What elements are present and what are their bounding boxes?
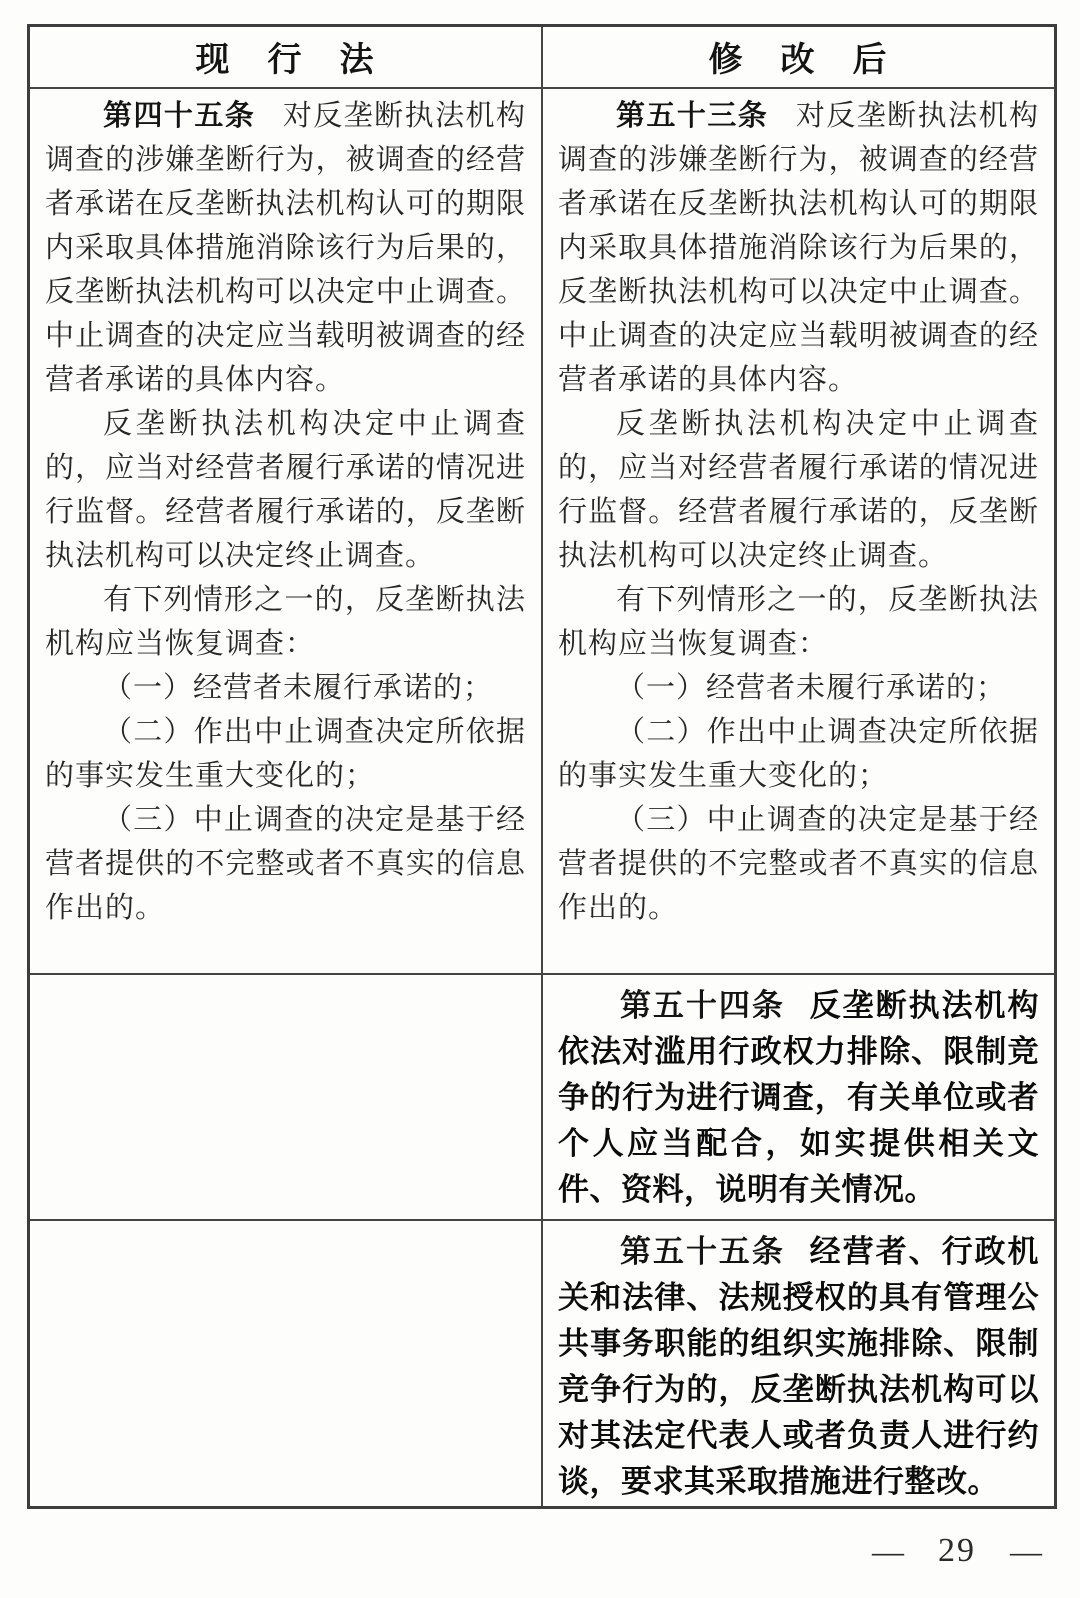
table-row-article-55: 第五十五条经营者、行政机关和法律、法规授权的具有管理公共事务职能的组织实施排除、… xyxy=(29,1220,1056,1508)
cell-current-law-article-45: 第四十五条对反垄断执法机构调查的涉嫌垄断行为，被调查的经营者承诺在反垄断执法机构… xyxy=(29,88,543,974)
law-paragraph: 第四十五条对反垄断执法机构调查的涉嫌垄断行为，被调查的经营者承诺在反垄断执法机构… xyxy=(45,94,526,402)
law-list-item: （三）中止调查的决定是基于经营者提供的不完整或者不真实的信息作出的。 xyxy=(558,798,1039,930)
law-paragraph: 第五十三条对反垄断执法机构调查的涉嫌垄断行为，被调查的经营者承诺在反垄断执法机构… xyxy=(558,94,1039,402)
paragraph-text: 对反垄断执法机构调查的涉嫌垄断行为，被调查的经营者承诺在反垄断执法机构认可的期限… xyxy=(45,100,526,396)
law-paragraph: 有下列情形之一的，反垄断执法机构应当恢复调查： xyxy=(558,578,1039,666)
cell-amended-article-54: 第五十四条反垄断执法机构依法对滥用行政权力排除、限制竞争的行为进行调查，有关单位… xyxy=(542,974,1056,1220)
law-paragraph: 第五十四条反垄断执法机构依法对滥用行政权力排除、限制竞争的行为进行调查，有关单位… xyxy=(558,983,1039,1213)
law-paragraph: 反垄断执法机构决定中止调查的，应当对经营者履行承诺的情况进行监督。经营者履行承诺… xyxy=(45,402,526,578)
cell-amended-article-55: 第五十五条经营者、行政机关和法律、法规授权的具有管理公共事务职能的组织实施排除、… xyxy=(542,1220,1056,1508)
page-number-dash-right: — xyxy=(1010,1533,1042,1570)
cell-amended-article-53: 第五十三条对反垄断执法机构调查的涉嫌垄断行为，被调查的经营者承诺在反垄断执法机构… xyxy=(542,88,1056,974)
law-list-item: （一）经营者未履行承诺的； xyxy=(558,666,1039,710)
article-number-53: 第五十三条 xyxy=(616,100,768,132)
document-page: 现 行 法 修 改 后 第四十五条对反垄断执法机构调查的涉嫌垄断行为，被调查的经… xyxy=(0,0,1080,1598)
law-list-item: （一）经营者未履行承诺的； xyxy=(45,666,526,710)
comparison-table: 现 行 法 修 改 后 第四十五条对反垄断执法机构调查的涉嫌垄断行为，被调查的经… xyxy=(27,24,1057,1509)
law-list-item: （二）作出中止调查决定所依据的事实发生重大变化的； xyxy=(45,710,526,798)
column-header-current-law: 现 行 法 xyxy=(29,26,543,88)
table-row-article-45-53: 第四十五条对反垄断执法机构调查的涉嫌垄断行为，被调查的经营者承诺在反垄断执法机构… xyxy=(29,88,1056,974)
page-number: — 29 — xyxy=(872,1532,1042,1570)
cell-current-law-empty-2 xyxy=(29,1220,543,1508)
article-number-54: 第五十四条 xyxy=(620,988,785,1023)
paragraph-text: 对反垄断执法机构调查的涉嫌垄断行为，被调查的经营者承诺在反垄断执法机构认可的期限… xyxy=(558,100,1039,396)
article-number-45: 第四十五条 xyxy=(103,100,255,132)
law-list-item: （三）中止调查的决定是基于经营者提供的不完整或者不真实的信息作出的。 xyxy=(45,798,526,930)
law-paragraph: 第五十五条经营者、行政机关和法律、法规授权的具有管理公共事务职能的组织实施排除、… xyxy=(558,1229,1039,1505)
column-header-amended: 修 改 后 xyxy=(542,26,1056,88)
page-number-value: 29 xyxy=(938,1532,976,1570)
law-paragraph: 反垄断执法机构决定中止调查的，应当对经营者履行承诺的情况进行监督。经营者履行承诺… xyxy=(558,402,1039,578)
cell-current-law-empty-1 xyxy=(29,974,543,1220)
header-row: 现 行 法 修 改 后 xyxy=(29,26,1056,88)
law-list-item: （二）作出中止调查决定所依据的事实发生重大变化的； xyxy=(558,710,1039,798)
page-number-dash-left: — xyxy=(872,1533,904,1570)
article-number-55: 第五十五条 xyxy=(620,1234,785,1269)
paragraph-text: 经营者、行政机关和法律、法规授权的具有管理公共事务职能的组织实施排除、限制竞争行… xyxy=(558,1234,1039,1499)
table-row-article-54: 第五十四条反垄断执法机构依法对滥用行政权力排除、限制竞争的行为进行调查，有关单位… xyxy=(29,974,1056,1220)
law-paragraph: 有下列情形之一的，反垄断执法机构应当恢复调查： xyxy=(45,578,526,666)
